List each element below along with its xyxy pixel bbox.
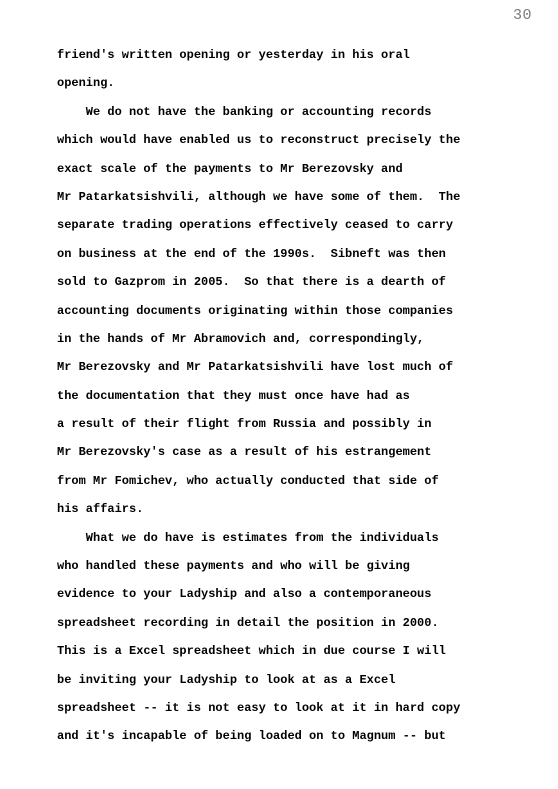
- transcript-line: opening.: [57, 69, 460, 97]
- transcript-line: sold to Gazprom in 2005. So that there i…: [57, 268, 460, 296]
- transcript-line: on business at the end of the 1990s. Sib…: [57, 240, 460, 268]
- page-number: 30: [513, 7, 532, 24]
- transcript-line: evidence to your Ladyship and also a con…: [57, 580, 460, 608]
- transcript-line: a result of their flight from Russia and…: [57, 410, 460, 438]
- document-page: 30 friend's written opening or yesterday…: [0, 0, 558, 789]
- transcript-line: spreadsheet -- it is not easy to look at…: [57, 694, 460, 722]
- transcript-line: and it's incapable of being loaded on to…: [57, 722, 460, 750]
- transcript-line: This is a Excel spreadsheet which in due…: [57, 637, 460, 665]
- transcript-line: spreadsheet recording in detail the posi…: [57, 609, 460, 637]
- transcript-line: accounting documents originating within …: [57, 297, 460, 325]
- transcript-body: friend's written opening or yesterday in…: [57, 41, 460, 751]
- transcript-line: from Mr Fomichev, who actually conducted…: [57, 467, 460, 495]
- transcript-line: Mr Patarkatsishvili, although we have so…: [57, 183, 460, 211]
- transcript-line: Mr Berezovsky's case as a result of his …: [57, 438, 460, 466]
- transcript-line: the documentation that they must once ha…: [57, 382, 460, 410]
- transcript-line: exact scale of the payments to Mr Berezo…: [57, 155, 460, 183]
- transcript-line: in the hands of Mr Abramovich and, corre…: [57, 325, 460, 353]
- transcript-line: We do not have the banking or accounting…: [57, 98, 460, 126]
- transcript-line: separate trading operations effectively …: [57, 211, 460, 239]
- transcript-line: be inviting your Ladyship to look at as …: [57, 666, 460, 694]
- transcript-line: which would have enabled us to reconstru…: [57, 126, 460, 154]
- transcript-line: friend's written opening or yesterday in…: [57, 41, 460, 69]
- transcript-line: who handled these payments and who will …: [57, 552, 460, 580]
- transcript-line: his affairs.: [57, 495, 460, 523]
- transcript-line: What we do have is estimates from the in…: [57, 524, 460, 552]
- transcript-line: Mr Berezovsky and Mr Patarkatsishvili ha…: [57, 353, 460, 381]
